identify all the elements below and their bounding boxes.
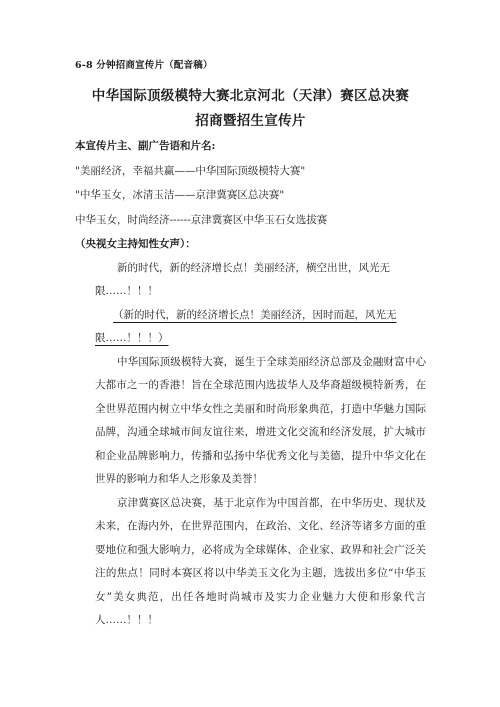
host-cue: （央视女主持知性女声）：	[75, 232, 426, 257]
slogan-main: "美丽经济，幸福共赢——中华国际顶级模特大赛"	[75, 159, 426, 184]
finals-paragraph: 京津冀赛区总决赛，基于北京作为中国首都，在中华历史、现状及未来，在海内外，在世界…	[95, 492, 426, 633]
voiceover-alt-underlined-paragraph: （新的时代，新的经济增长点！美丽经济，因时而起，风光无 限……！！！）	[95, 304, 426, 351]
slogan-sub: "中华玉女，冰清玉洁——京津冀赛区总决赛"	[75, 183, 426, 208]
title-line-1: 中华国际顶级模特大赛北京河北（天津）赛区总决赛	[75, 84, 426, 109]
document-content: 6-8 分钟招商宣传片（配音稿） 中华国际顶级模特大赛北京河北（天津）赛区总决赛…	[0, 0, 500, 633]
document-title: 中华国际顶级模特大赛北京河北（天津）赛区总决赛 招商暨招生宣传片	[75, 84, 426, 134]
header-note: 6-8 分钟招商宣传片（配音稿）	[75, 60, 426, 72]
voiceover-paragraph: 新的时代，新的经济增长点！美丽经济，横空出世，风光无 限……！！！	[95, 257, 426, 304]
intro-paragraph: 中华国际顶级模特大赛，诞生于全球美丽经济总部及金融财富中心大都市之一的香港！旨在…	[95, 351, 426, 492]
slogan-heading: 本宣传片主、副广告语和片名:	[75, 134, 426, 159]
title-line-2: 招商暨招生宣传片	[75, 109, 426, 134]
slogan-selection: 中华玉女，时尚经济------京津冀赛区中华玉石女选拔赛	[75, 208, 426, 233]
document-page: 6-8 分钟招商宣传片（配音稿） 中华国际顶级模特大赛北京河北（天津）赛区总决赛…	[0, 0, 500, 707]
